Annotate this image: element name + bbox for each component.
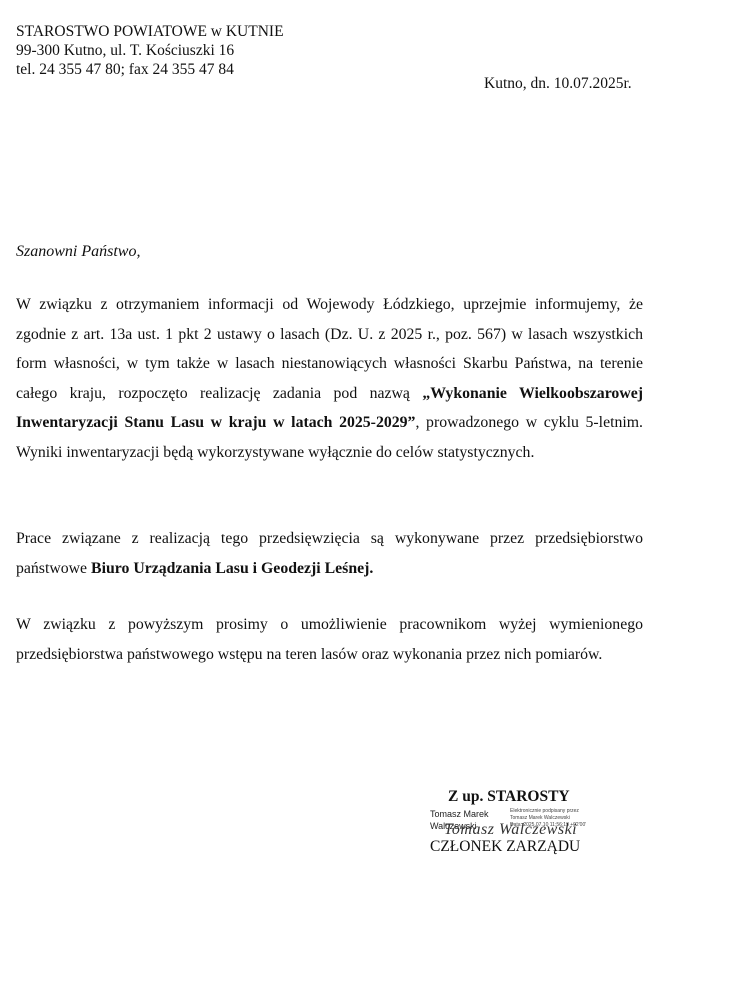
letter-date: Kutno, dn. 10.07.2025r. — [484, 75, 632, 93]
office-name: STAROSTWO POWIATOWE w KUTNIE — [16, 22, 284, 41]
signature-role: CZŁONEK ZARZĄDU — [430, 838, 580, 856]
office-address: 99-300 Kutno, ul. T. Kościuszki 16 — [16, 41, 284, 60]
paragraph-3: W związku z powyższym prosimy o umożliwi… — [16, 610, 643, 669]
office-phone: tel. 24 355 47 80; fax 24 355 47 84 — [16, 60, 284, 79]
paragraph-2: Prace związane z realizacją tego przedsi… — [16, 524, 643, 583]
salutation: Szanowni Państwo, — [16, 243, 140, 261]
letterhead: STAROSTWO POWIATOWE w KUTNIE 99-300 Kutn… — [16, 22, 284, 79]
signature-title: Z up. STAROSTY — [448, 788, 570, 806]
signature-meta-line: Elektronicznie podpisany przez — [510, 808, 586, 815]
company-name: Biuro Urządzania Lasu i Geodezji Leśnej. — [91, 560, 373, 577]
signature-name: Tomasz Walczewski — [444, 821, 577, 839]
paragraph-1: W związku z otrzymaniem informacji od Wo… — [16, 290, 643, 467]
signer-first-line: Tomasz Marek — [430, 808, 489, 820]
